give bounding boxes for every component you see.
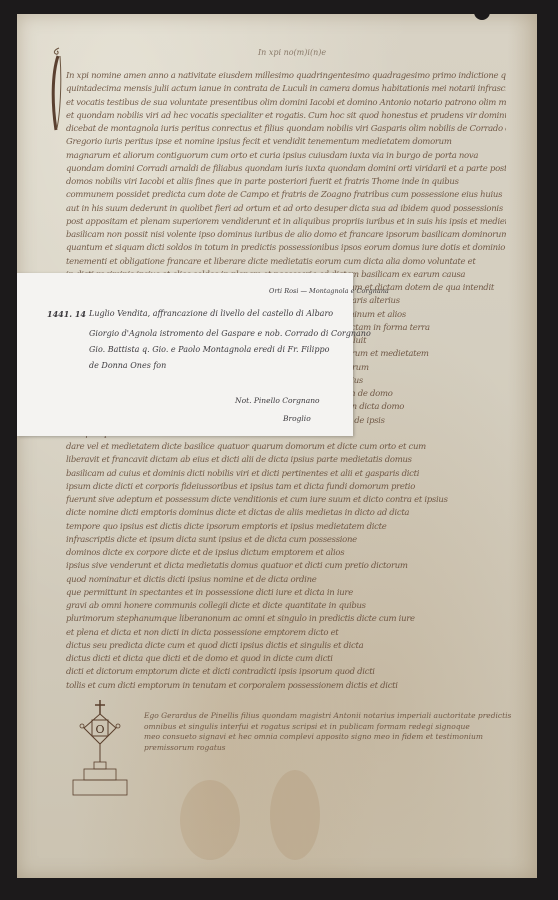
body-text-line: gravi ab omni honere communis collegii d… bbox=[66, 600, 506, 613]
subscription-line: Ego Gerardus de Pinellis filius quondam … bbox=[144, 711, 514, 722]
body-text-line: tollis et cum dicti emptorum in tenutam … bbox=[66, 680, 506, 693]
body-text-line: dictus seu predicta dicte cum et quod di… bbox=[66, 640, 506, 653]
note-marginal-top: Orti Rosi — Montagnola e Corgnana bbox=[269, 287, 389, 295]
subscription-line: omnibus et singulis interfui et rogatus … bbox=[144, 722, 514, 733]
body-text-line: que permittunt in spectantes et in posse… bbox=[66, 587, 506, 600]
note-signature-2: Broglio bbox=[283, 414, 311, 423]
body-text-line: dare vel et medietatem dicte basilice qu… bbox=[66, 441, 506, 454]
notary-signum-icon: O bbox=[68, 700, 132, 810]
body-text-line: post appositam et plenam superiorem vend… bbox=[66, 216, 506, 229]
archival-note: Orti Rosi — Montagnola e Corgnana 1441. … bbox=[17, 273, 353, 436]
document-heading: In xpi no(m)i(n)e bbox=[258, 48, 326, 57]
subscription-line: meo consueto signavi et hec omnia comple… bbox=[144, 732, 514, 743]
body-text-line: et vocatis testibus de sua voluntate pre… bbox=[66, 97, 506, 110]
water-stain bbox=[180, 780, 240, 860]
notary-subscription: Ego Gerardus de Pinellis filius quondam … bbox=[144, 711, 514, 753]
body-text-line: dicte nomine dicti emptoris dominus dict… bbox=[66, 507, 506, 520]
body-text-line: liberavit et francavit dictam ab eius et… bbox=[66, 454, 506, 467]
body-text-line: In xpi nomine amen anno a nativitate eiu… bbox=[66, 70, 506, 83]
body-text-line: fuerunt sive adeptum et possessum dicte … bbox=[66, 494, 506, 507]
body-text-line: aut in his suum dederunt in quolibet fie… bbox=[66, 203, 506, 216]
water-stain bbox=[270, 770, 320, 860]
body-text-line: infrascriptis dicte et ipsum dicta sunt … bbox=[66, 534, 506, 547]
body-text-line: et plena et dicta et non dicti in dicta … bbox=[66, 627, 506, 640]
body-text-line: ipsum dicte dicti et corporis fideiussor… bbox=[66, 481, 506, 494]
body-text-line: quantum et siquam dicti soldos in totum … bbox=[66, 242, 506, 255]
body-text-line: tempore quo ipsius est dictis dicte ipso… bbox=[66, 521, 506, 534]
body-text-line: Gregorio iuris peritus ipse et nomine ip… bbox=[66, 136, 506, 149]
body-text-line: et quondam nobilis viri ad hec vocatis s… bbox=[66, 110, 506, 123]
note-line-3: Gio. Battista q. Gio. e Paolo Montagnola… bbox=[89, 345, 329, 354]
body-text-line: ipsius sive venderunt et dicta medietati… bbox=[66, 560, 506, 573]
body-text-line: plurimorum stephanumque liberanonum ac o… bbox=[66, 613, 506, 626]
subscription-line: premissorum rogatus bbox=[144, 743, 514, 754]
body-text-line: magnarum et aliorum contiguorum cum orto… bbox=[66, 150, 506, 163]
body-text-line: basilicam ad cuius et dominis dicti nobi… bbox=[66, 468, 506, 481]
note-date: 1441. 14 bbox=[47, 309, 86, 319]
body-text-line: dicebat de montagnola iuris peritus conr… bbox=[66, 123, 506, 136]
svg-text:O: O bbox=[95, 723, 104, 736]
body-text-line: communem possidet predicta cum dote de C… bbox=[66, 189, 506, 202]
body-text-line: tenementi et obligatione francare et lib… bbox=[66, 256, 506, 269]
body-text-line: domos nobilis viri Iacobi et aliis fines… bbox=[66, 176, 506, 189]
note-line-2: Giorgio d'Agnola istromento del Gaspare … bbox=[89, 329, 371, 338]
body-text-line: quintadecima mensis julii actum ianue in… bbox=[66, 83, 506, 96]
decorated-initial-icon bbox=[50, 44, 66, 132]
note-signature-1: Not. Pinello Corgnano bbox=[235, 396, 320, 405]
body-text-line: dominos dicte ex corpore dicte et de ips… bbox=[66, 547, 506, 560]
note-line-1: Luglio Vendita, affrancazione di livello… bbox=[89, 309, 333, 318]
body-text-line: dictus dicti et dicta que dicti et de do… bbox=[66, 653, 506, 666]
note-line-4: de Donna Ones fon bbox=[89, 361, 166, 370]
body-text-line: quod nominatur et dictis dicti ipsius no… bbox=[66, 574, 506, 587]
body-text-line: basilicam non possit nisi volente ipso d… bbox=[66, 229, 506, 242]
body-text-line: quondam domini Corradi arnaldi de filiab… bbox=[66, 163, 506, 176]
body-text-line: dicti et dictorum emptorum dicte et dict… bbox=[66, 666, 506, 679]
